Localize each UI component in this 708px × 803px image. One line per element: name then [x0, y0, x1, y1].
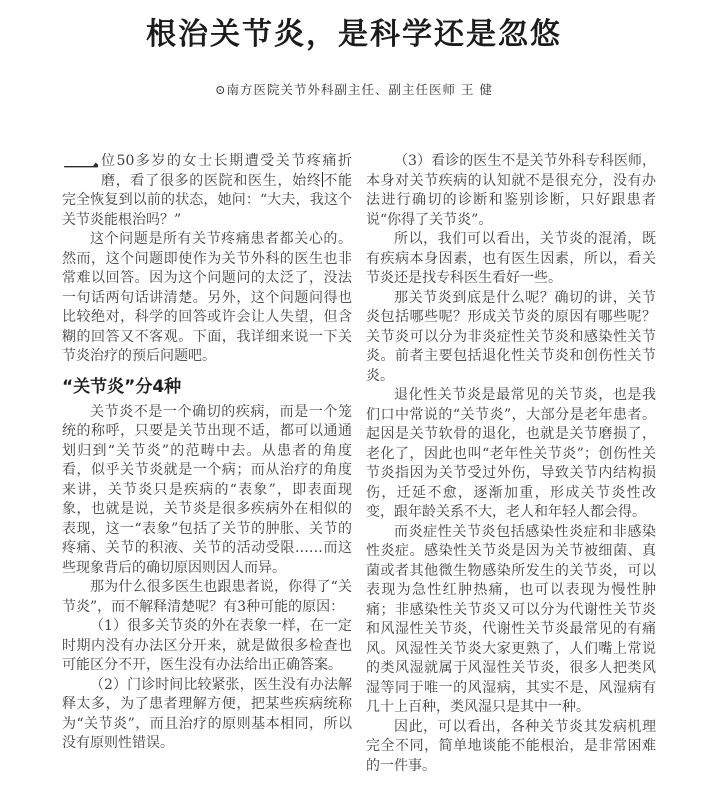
paragraph-list-item-2: （2）门诊时间比较紧张，医生没有办法解释太多，为了患者理解方便，把某些疾病统称为…	[62, 676, 352, 754]
article-body[interactable]: 一位50多岁的女士长期遭受关节疼痛折磨，看了很多的医院和医生，始终不能完全恢复到…	[62, 152, 656, 776]
paragraph: 退化性关节炎是最常见的关节炎，也是我们口中常说的“关节炎”，大部分是老年患者。起…	[366, 386, 656, 523]
paragraph-intro-text-before-cursor: 位50多岁的女士长期遭受关节疼痛折磨，看了很多的医院和医生，始终	[101, 153, 352, 189]
paragraph: 所以，我们可以看出，关节炎的混淆，既有疾病本身因素，也有医生因素，所以，看关节炎…	[366, 230, 656, 289]
paragraph: 那关节炎到底是什么呢？确切的讲，关节炎包括哪些呢？形成关节炎的原因有哪些呢？关节…	[366, 289, 656, 387]
paragraph: 因此，可以看出，各种关节炎其发病机理完全不同，简单地谈能不能根治，是非常困难的一…	[366, 718, 656, 777]
paragraph-list-item-1: （1）很多关节炎的外在表象一样，在一定时期内没有办法区分开来，就是做很多检查也可…	[62, 617, 352, 676]
dropcap-character: 一	[62, 152, 98, 190]
paragraph-intro: 一位50多岁的女士长期遭受关节疼痛折磨，看了很多的医院和医生，始终不能完全恢复到…	[62, 152, 352, 230]
right-column: （3）看诊的医生不是关节外科专科医师，本身对关节疾病的认知就不是很充分，没有办法…	[366, 152, 656, 776]
left-column: 一位50多岁的女士长期遭受关节疼痛折磨，看了很多的医院和医生，始终不能完全恢复到…	[62, 152, 352, 776]
article-title: 根治关节炎，是科学还是忽悠	[0, 0, 708, 54]
paragraph: 那为什么很多医生也跟患者说，你得了“关节炎”，而不解释清楚呢？有3种可能的原因：	[62, 578, 352, 617]
article-byline: ⊙南方医院关节外科副主任、副主任医师 王 健	[0, 80, 708, 98]
article-page: 根治关节炎，是科学还是忽悠 ⊙南方医院关节外科副主任、副主任医师 王 健 一位5…	[0, 0, 708, 803]
section-heading: “关节炎”分4种	[62, 376, 352, 398]
paragraph: 这个问题是所有关节疼痛患者都关心的。然而，这个问题即使作为关节外科的医生也非常难…	[62, 230, 352, 367]
paragraph: 关节炎不是一个确切的疾病，而是一个笼统的称呼，只要是关节出现不适，都可以通通划归…	[62, 403, 352, 579]
paragraph: 而炎症性关节炎包括感染性炎症和非感染性炎症。感染性关节炎是因为关节被细菌、真菌或…	[366, 523, 656, 718]
paragraph-list-item-3: （3）看诊的医生不是关节外科专科医师，本身对关节疾病的认知就不是很充分，没有办法…	[366, 152, 656, 230]
